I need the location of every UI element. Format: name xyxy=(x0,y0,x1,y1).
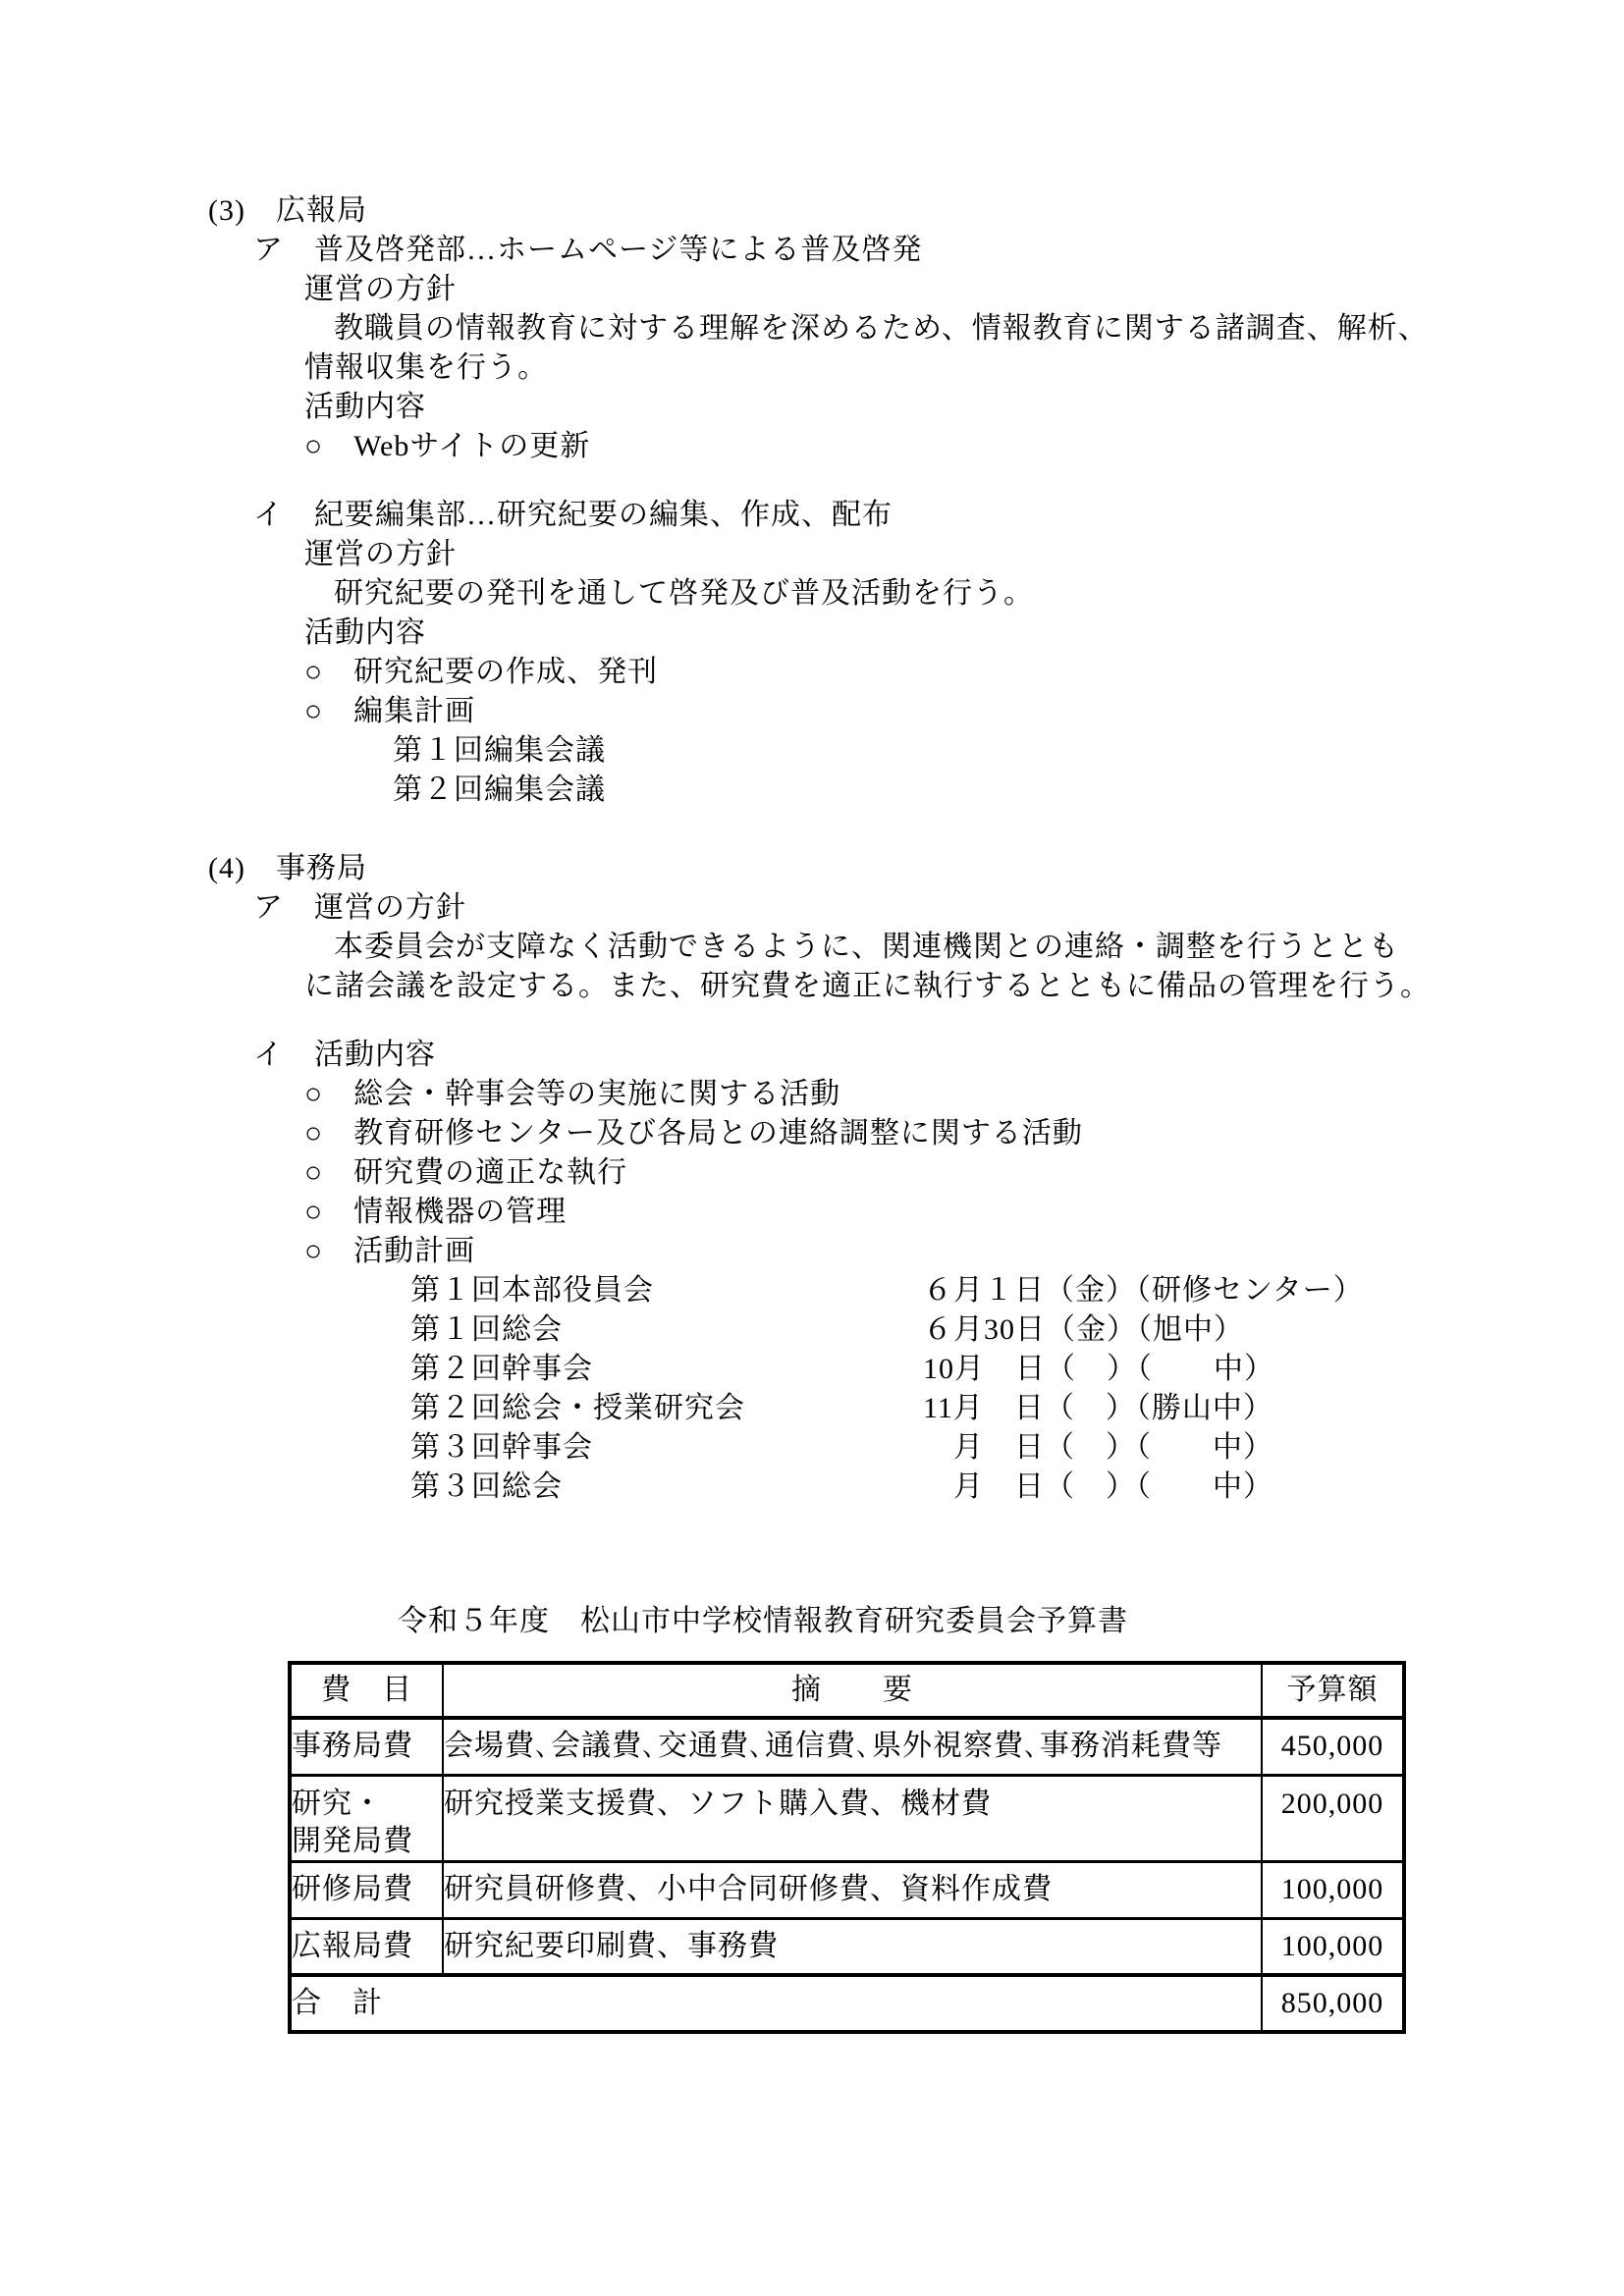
budget-table-title: 令和５年度 松山市中学校情報教育研究委員会予算書 xyxy=(398,1602,1624,1641)
budget-item-cell: 広報局費 xyxy=(290,1918,443,1975)
budget-row: 研究・開発局費研究授業支援費、ソフト購入費、機材費200,000 xyxy=(290,1775,1404,1861)
schedule-event-name: 第２回総会・授業研究会 xyxy=(410,1389,923,1428)
budget-desc-cell: 会場費､会議費､交通費､通信費､県外視察費､事務消耗費等 xyxy=(443,1718,1262,1775)
schedule-date: 10月 日（ ）（ 中） xyxy=(923,1350,1274,1389)
budget-table: 費 目 摘 要 予算額 事務局費会場費､会議費､交通費､通信費､県外視察費､事務… xyxy=(288,1661,1406,2034)
budget-desc-cell: 研究紀要印刷費、事務費 xyxy=(443,1918,1262,1975)
item-a-heading: ア 普及啓発部…ホームページ等による普及啓発 xyxy=(253,231,1624,270)
budget-col-header-item: 費 目 xyxy=(290,1663,443,1718)
policy-text-2: 情報収集を行う。 xyxy=(304,348,1624,388)
activity-item: ○ 情報機器の管理 xyxy=(304,1193,1624,1232)
item-a-heading: ア 運営の方針 xyxy=(253,888,1624,928)
activity-item: ○ 総会・幹事会等の実施に関する活動 xyxy=(304,1075,1624,1114)
budget-item-cell: 研究・開発局費 xyxy=(290,1775,443,1861)
budget-table-header: 費 目 摘 要 予算額 xyxy=(290,1663,1404,1718)
budget-total-label: 合 計 xyxy=(290,1975,1262,2032)
schedule-date: ６月30日（金）（旭中） xyxy=(923,1310,1244,1350)
budget-item-cell: 事務局費 xyxy=(290,1718,443,1775)
policy-text-1: 本委員会が支障なく活動できるように、関連機関との連絡・調整を行うととも xyxy=(334,928,1624,967)
budget-amount-cell: 450,000 xyxy=(1262,1718,1404,1775)
budget-amount-cell: 100,000 xyxy=(1262,1918,1404,1975)
budget-desc-cell: 研究員研修費、小中合同研修費、資料作成費 xyxy=(443,1861,1262,1918)
budget-table-body: 事務局費会場費､会議費､交通費､通信費､県外視察費､事務消耗費等450,000研… xyxy=(290,1718,1404,2032)
budget-col-header-desc: 摘 要 xyxy=(443,1663,1262,1718)
activity-item: ○ 研究費の適正な執行 xyxy=(304,1153,1624,1193)
activity-item: ○ 活動計画 xyxy=(304,1232,1624,1271)
schedule-row: 第１回本部役員会６月１日（金）（研修センター） xyxy=(410,1271,1624,1310)
budget-row: 広報局費研究紀要印刷費、事務費100,000 xyxy=(290,1918,1404,1975)
plan-item: 第１回編集会議 xyxy=(393,731,1624,771)
budget-row: 研修局費研究員研修費、小中合同研修費、資料作成費100,000 xyxy=(290,1861,1404,1918)
schedule-row: 第３回総会 月 日（ ）（ 中） xyxy=(410,1468,1624,1507)
schedule-date: 月 日（ ）（ 中） xyxy=(923,1468,1273,1507)
schedule-event-name: 第１回本部役員会 xyxy=(410,1271,923,1310)
activity-label: 活動内容 xyxy=(304,614,1624,653)
activity-item: ○ 編集計画 xyxy=(304,692,1624,731)
schedule-date: ６月１日（金）（研修センター） xyxy=(923,1271,1364,1310)
schedule-row: 第３回幹事会 月 日（ ）（ 中） xyxy=(410,1428,1624,1468)
item-i-heading: イ 活動内容 xyxy=(253,1036,1624,1075)
policy-text-1: 教職員の情報教育に対する理解を深めるため、情報教育に関する諸調査、解析、 xyxy=(334,309,1624,348)
budget-col-header-amount: 予算額 xyxy=(1262,1663,1404,1718)
document-content: (3) 広報局ア 普及啓発部…ホームページ等による普及啓発運営の方針教職員の情報… xyxy=(0,0,1624,2034)
budget-row: 事務局費会場費､会議費､交通費､通信費､県外視察費､事務消耗費等450,000 xyxy=(290,1718,1404,1775)
policy-text-1: 研究紀要の発刊を通して啓発及び普及活動を行う。 xyxy=(334,574,1624,614)
plan-item: 第２回編集会議 xyxy=(393,771,1624,810)
schedule-event-name: 第２回幹事会 xyxy=(410,1350,923,1389)
budget-total-row: 合 計850,000 xyxy=(290,1975,1404,2032)
item-i-heading: イ 紀要編集部…研究紀要の編集、作成、配布 xyxy=(253,496,1624,535)
schedule-date: 11月 日（ ）（勝山中） xyxy=(923,1389,1273,1428)
budget-item-cell: 研修局費 xyxy=(290,1861,443,1918)
schedule-date: 月 日（ ）（ 中） xyxy=(923,1428,1273,1468)
activity-item: ○ Webサイトの更新 xyxy=(304,427,1624,466)
document-page: (3) 広報局ア 普及啓発部…ホームページ等による普及啓発運営の方針教職員の情報… xyxy=(0,0,1624,2296)
schedule-row: 第２回総会・授業研究会11月 日（ ）（勝山中） xyxy=(410,1389,1624,1428)
body-lines: (3) 広報局ア 普及啓発部…ホームページ等による普及啓発運営の方針教職員の情報… xyxy=(0,191,1624,1507)
budget-desc-cell: 研究授業支援費、ソフト購入費、機材費 xyxy=(443,1775,1262,1861)
schedule-event-name: 第３回総会 xyxy=(410,1468,923,1507)
activity-item: ○ 教育研修センター及び各局との連絡調整に関する活動 xyxy=(304,1114,1624,1153)
schedule-event-name: 第３回幹事会 xyxy=(410,1428,923,1468)
policy-text-2: に諸会議を設定する。また、研究費を適正に執行するとともに備品の管理を行う。 xyxy=(304,967,1624,1006)
schedule-row: 第２回幹事会10月 日（ ）（ 中） xyxy=(410,1350,1624,1389)
policy-label: 運営の方針 xyxy=(304,270,1624,309)
budget-total-amount: 850,000 xyxy=(1262,1975,1404,2032)
section-3-heading: (3) 広報局 xyxy=(208,191,1624,231)
section-4-heading: (4) 事務局 xyxy=(208,849,1624,888)
budget-amount-cell: 100,000 xyxy=(1262,1861,1404,1918)
policy-label: 運営の方針 xyxy=(304,535,1624,574)
schedule-row: 第１回総会６月30日（金）（旭中） xyxy=(410,1310,1624,1350)
budget-amount-cell: 200,000 xyxy=(1262,1775,1404,1861)
activity-item: ○ 研究紀要の作成、発刊 xyxy=(304,653,1624,692)
activity-label: 活動内容 xyxy=(304,388,1624,427)
schedule-event-name: 第１回総会 xyxy=(410,1310,923,1350)
